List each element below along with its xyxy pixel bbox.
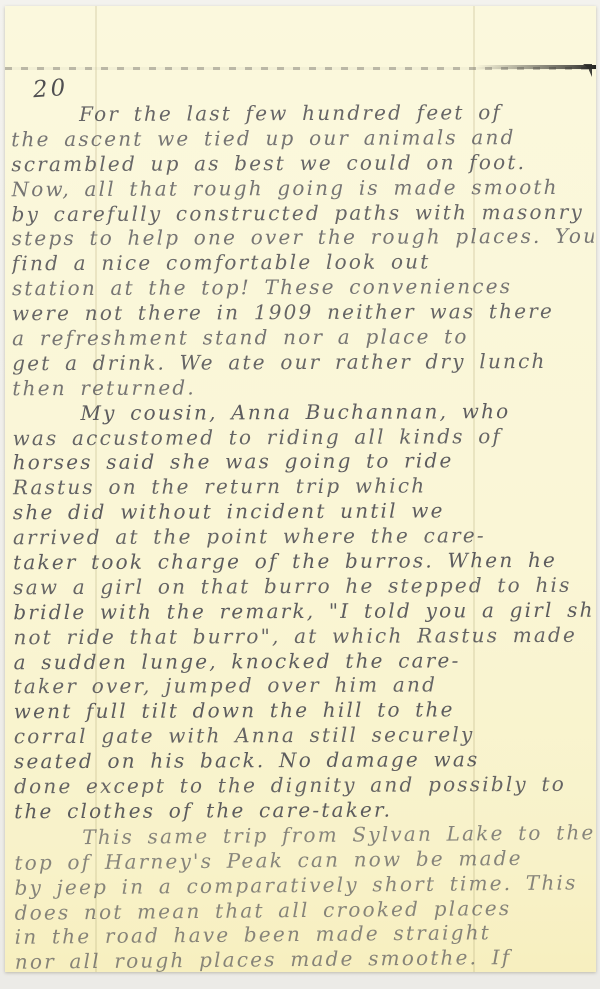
handwritten-line: Now, all that rough going is made smooth bbox=[11, 174, 593, 201]
handwritten-line: find a nice comfortable look out bbox=[12, 249, 594, 276]
handwritten-line: done except to the dignity and possibly … bbox=[14, 772, 596, 799]
handwritten-line: taker took charge of the burros. When he bbox=[13, 548, 595, 575]
handwritten-line: station at the top! These conveniences bbox=[12, 274, 594, 301]
scanned-page: 20 For the last few hundred feet of the … bbox=[5, 6, 596, 972]
handwritten-line: steps to help one over the rough places.… bbox=[12, 224, 594, 251]
handwritten-line: not ride that burro", at which Rastus ma… bbox=[13, 622, 595, 649]
handwritten-line: bridle with the remark, "I told you a gi… bbox=[13, 598, 595, 625]
handwritten-line: she did without incident until we bbox=[13, 498, 595, 525]
handwritten-line: For the last few hundred feet of bbox=[11, 100, 593, 127]
handwritten-line: My cousin, Anna Buchannan, who bbox=[12, 398, 594, 425]
handwritten-line: the clothes of the care-taker. bbox=[14, 797, 596, 824]
handwritten-line: a sudden lunge, knocked the care- bbox=[13, 647, 595, 674]
handwritten-line: scrambled up as best we could on foot. bbox=[11, 150, 593, 177]
handwritten-line: a refreshment stand nor a place to bbox=[12, 324, 594, 351]
handwritten-line: Rastus on the return trip which bbox=[13, 473, 595, 500]
handwritten-line: was accustomed to riding all kinds of bbox=[13, 423, 595, 450]
scan-background: 20 For the last few hundred feet of the … bbox=[0, 0, 600, 989]
handwritten-line: saw a girl on that burro he stepped to h… bbox=[13, 573, 595, 600]
handwritten-text: For the last few hundred feet of the asc… bbox=[11, 100, 596, 972]
fold-crease-shadow bbox=[476, 65, 596, 69]
paragraph-2: My cousin, Anna Buchannan, who was accus… bbox=[12, 398, 596, 824]
handwritten-line: seated on his back. No damage was bbox=[14, 747, 596, 774]
handwritten-line: nor all rough places made smoothe. If bbox=[15, 944, 596, 972]
handwritten-line: then returned. bbox=[12, 374, 594, 401]
handwritten-line: went full tilt down the hill to the bbox=[14, 697, 596, 724]
paragraph-1: For the last few hundred feet of the asc… bbox=[11, 100, 594, 401]
handwritten-line: get a drink. We ate our rather dry lunch bbox=[12, 349, 594, 376]
handwritten-line: corral gate with Anna still securely bbox=[14, 722, 596, 749]
paragraph-3: This same trip from Sylvan Lake to the t… bbox=[14, 822, 596, 972]
handwritten-line: horses said she was going to ride bbox=[13, 448, 595, 475]
handwritten-line: the ascent we tied up our animals and bbox=[11, 125, 593, 152]
page-number: 20 bbox=[32, 75, 69, 103]
handwritten-line: taker over, jumped over him and bbox=[14, 672, 596, 699]
handwritten-line: by carefully constructed paths with maso… bbox=[12, 199, 594, 226]
handwritten-line: arrived at the point where the care- bbox=[13, 523, 595, 550]
handwritten-line: were not there in 1909 neither was there bbox=[12, 299, 594, 326]
